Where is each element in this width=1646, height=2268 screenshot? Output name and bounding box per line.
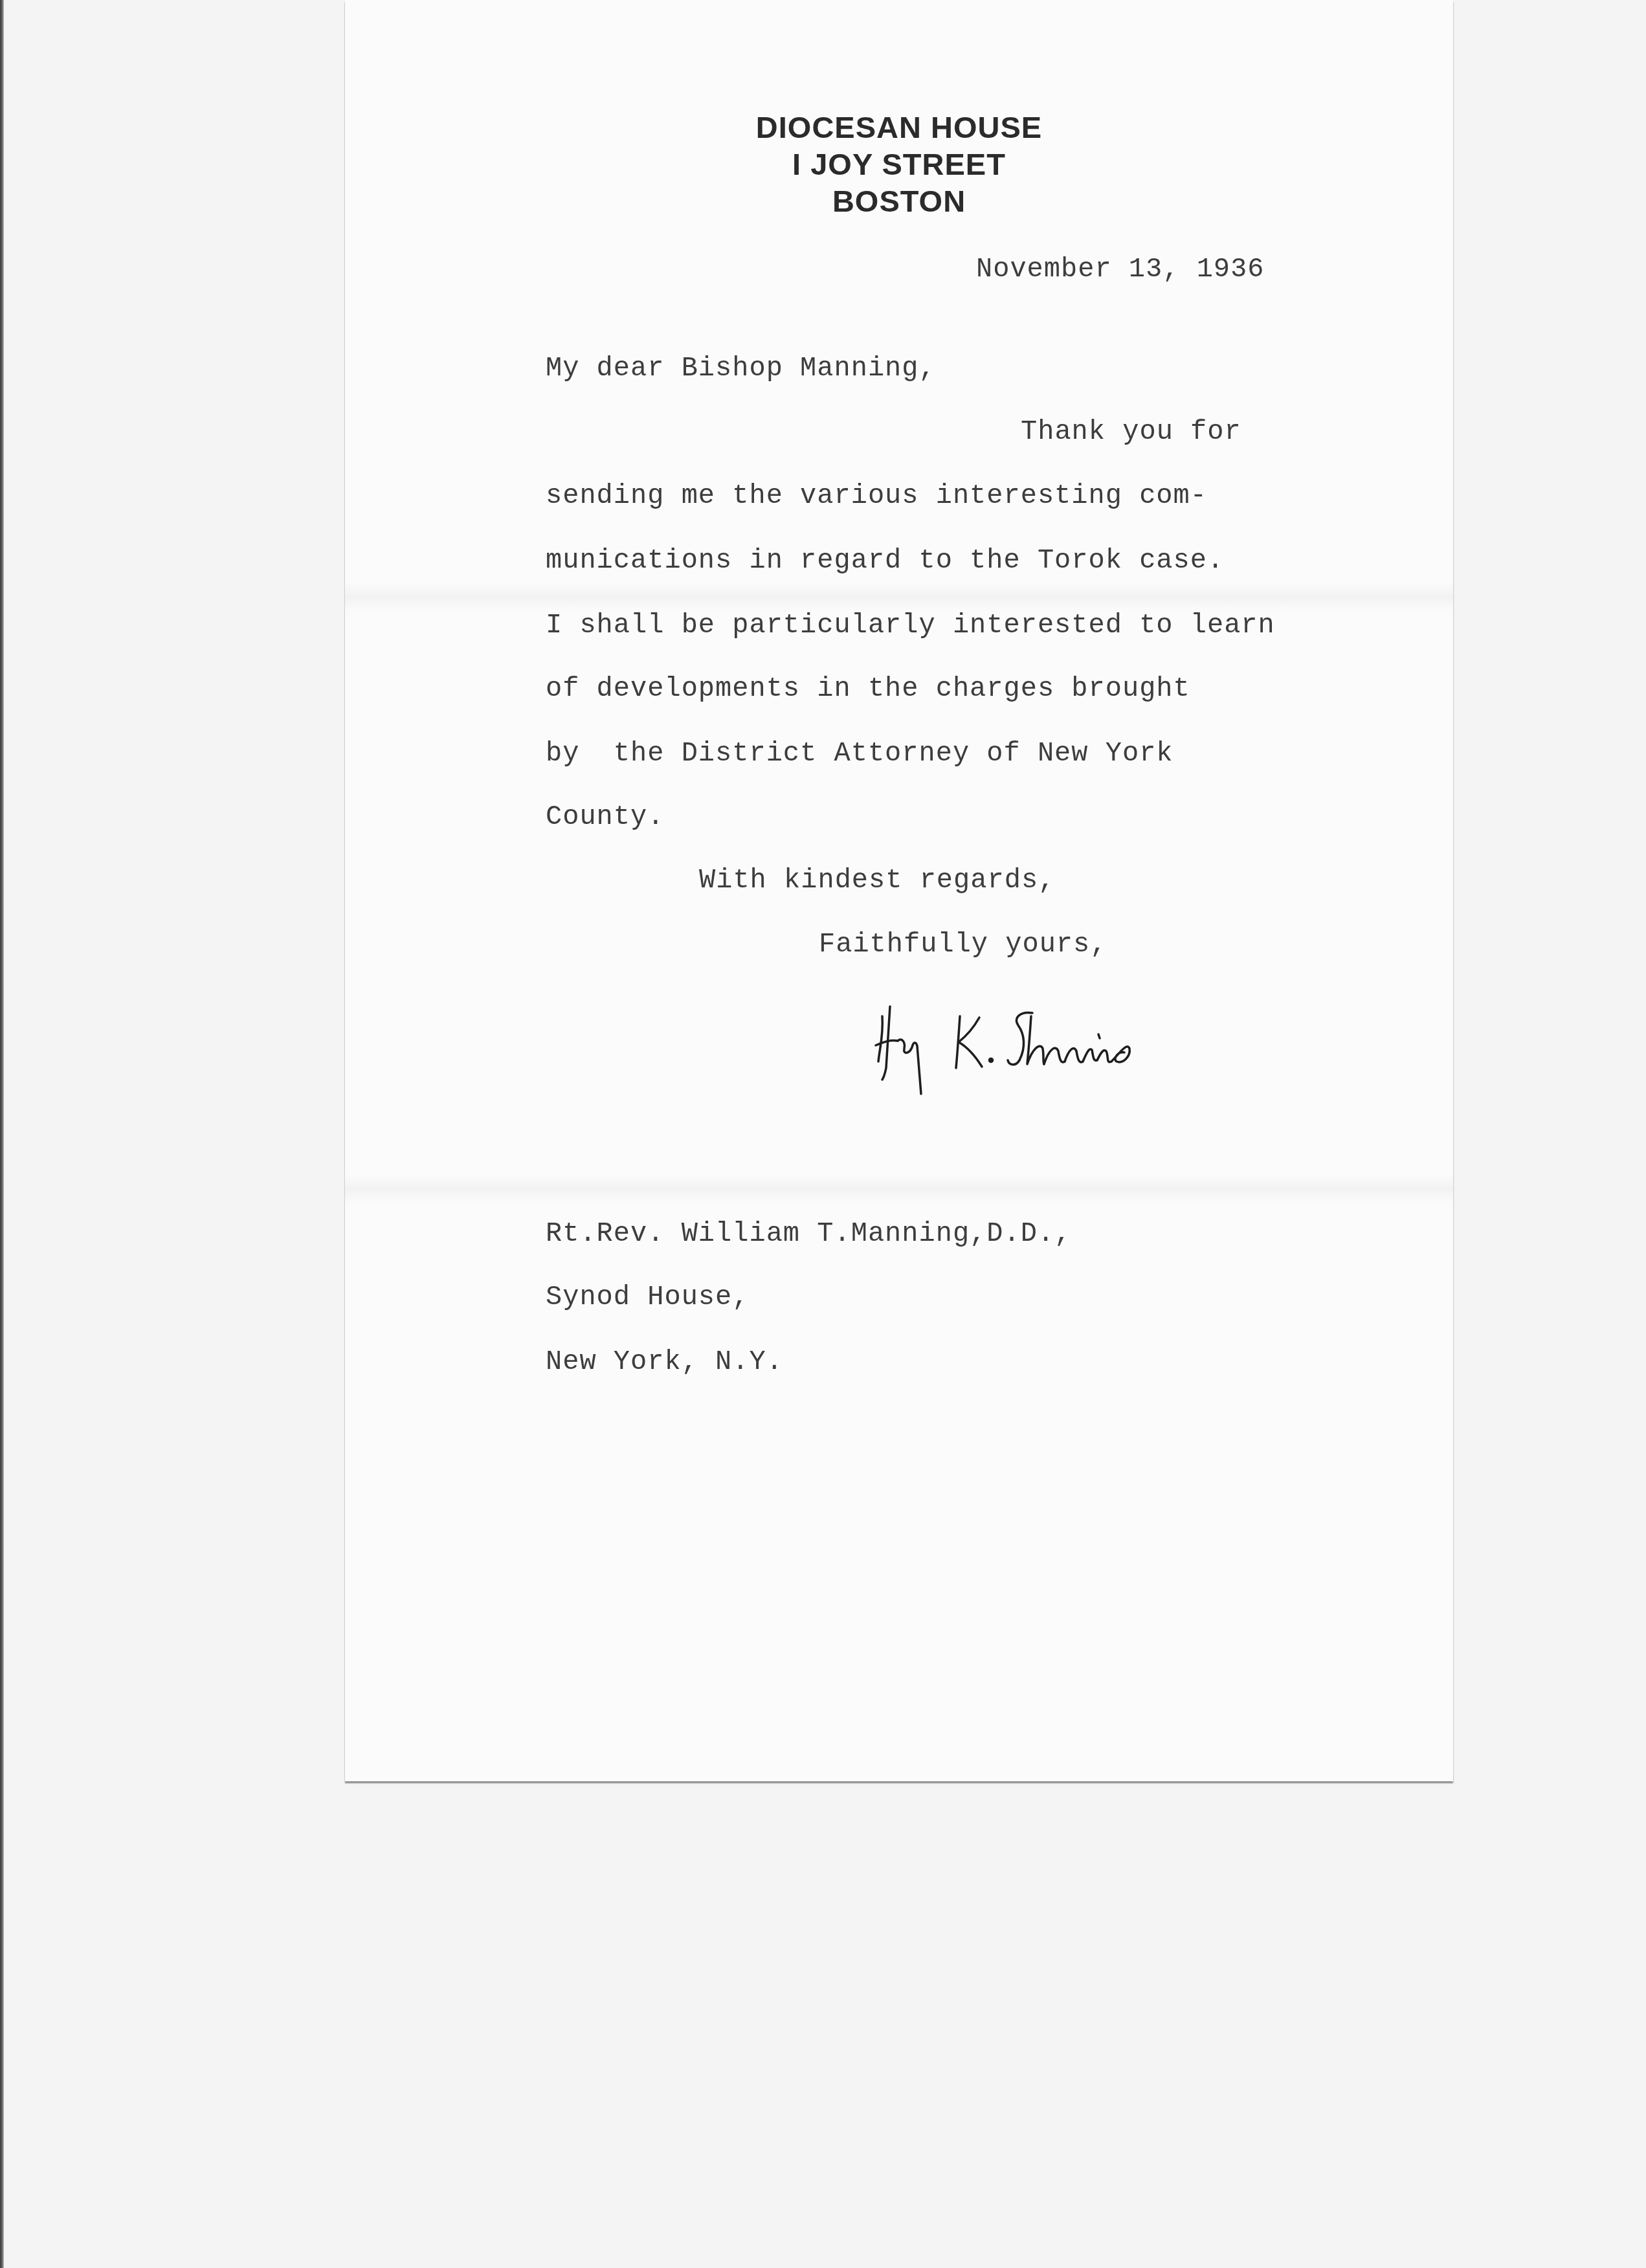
fold-line [345, 583, 1453, 611]
recipient-address-line1: Synod House, [546, 1282, 749, 1313]
letter-date: November 13, 1936 [976, 254, 1264, 285]
recipient-address-line2: New York, N.Y. [546, 1346, 783, 1377]
body-line: munications in regard to the Torok case. [546, 545, 1224, 576]
letterhead: DIOCESAN HOUSE I JOY STREET BOSTON [345, 109, 1453, 219]
body-line: of developments in the charges brought [546, 673, 1190, 704]
body-line: Thank you for [1021, 416, 1241, 447]
fold-line [345, 1175, 1453, 1203]
scanner-edge [0, 0, 4, 2268]
closing-signoff: Faithfully yours, [819, 929, 1107, 960]
body-line: County. [546, 801, 664, 832]
handwritten-signature [871, 997, 1194, 1100]
recipient-name: Rt.Rev. William T.Manning,D.D., [546, 1218, 1071, 1249]
salutation: My dear Bishop Manning, [546, 353, 936, 384]
body-line: I shall be particularly interested to le… [546, 610, 1275, 641]
letterhead-city: BOSTON [345, 183, 1453, 219]
letterhead-org: DIOCESAN HOUSE [345, 109, 1453, 146]
closing-regards: With kindest regards, [699, 865, 1055, 896]
body-line: sending me the various interesting com- [546, 480, 1207, 511]
body-line: by the District Attorney of New York [546, 738, 1173, 769]
letterhead-street: I JOY STREET [345, 146, 1453, 183]
